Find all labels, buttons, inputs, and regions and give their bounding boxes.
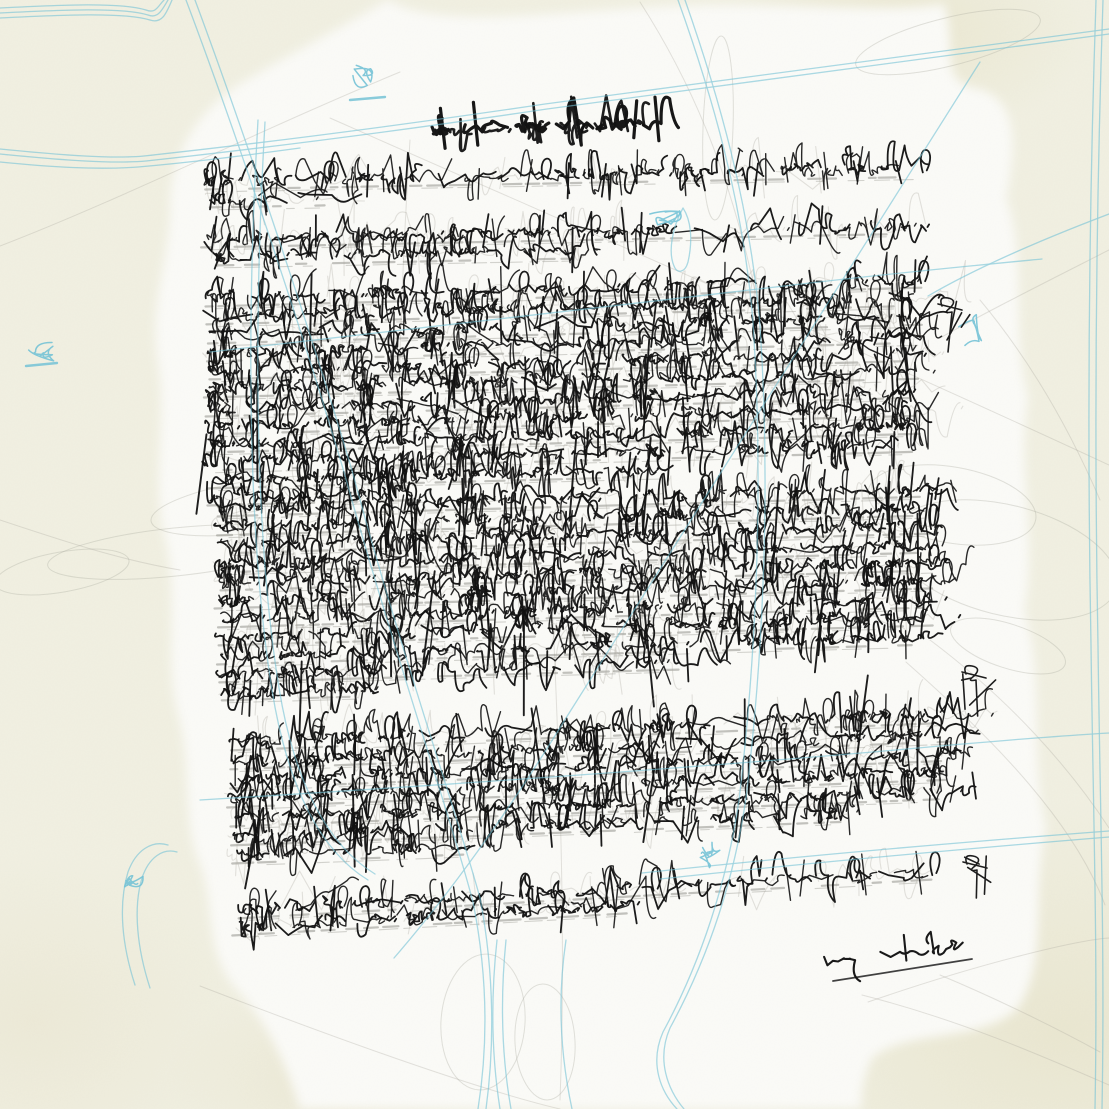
paper-grain-texture [0, 0, 1109, 1109]
scanned-document [0, 0, 1109, 1109]
document-canvas [0, 0, 1109, 1109]
